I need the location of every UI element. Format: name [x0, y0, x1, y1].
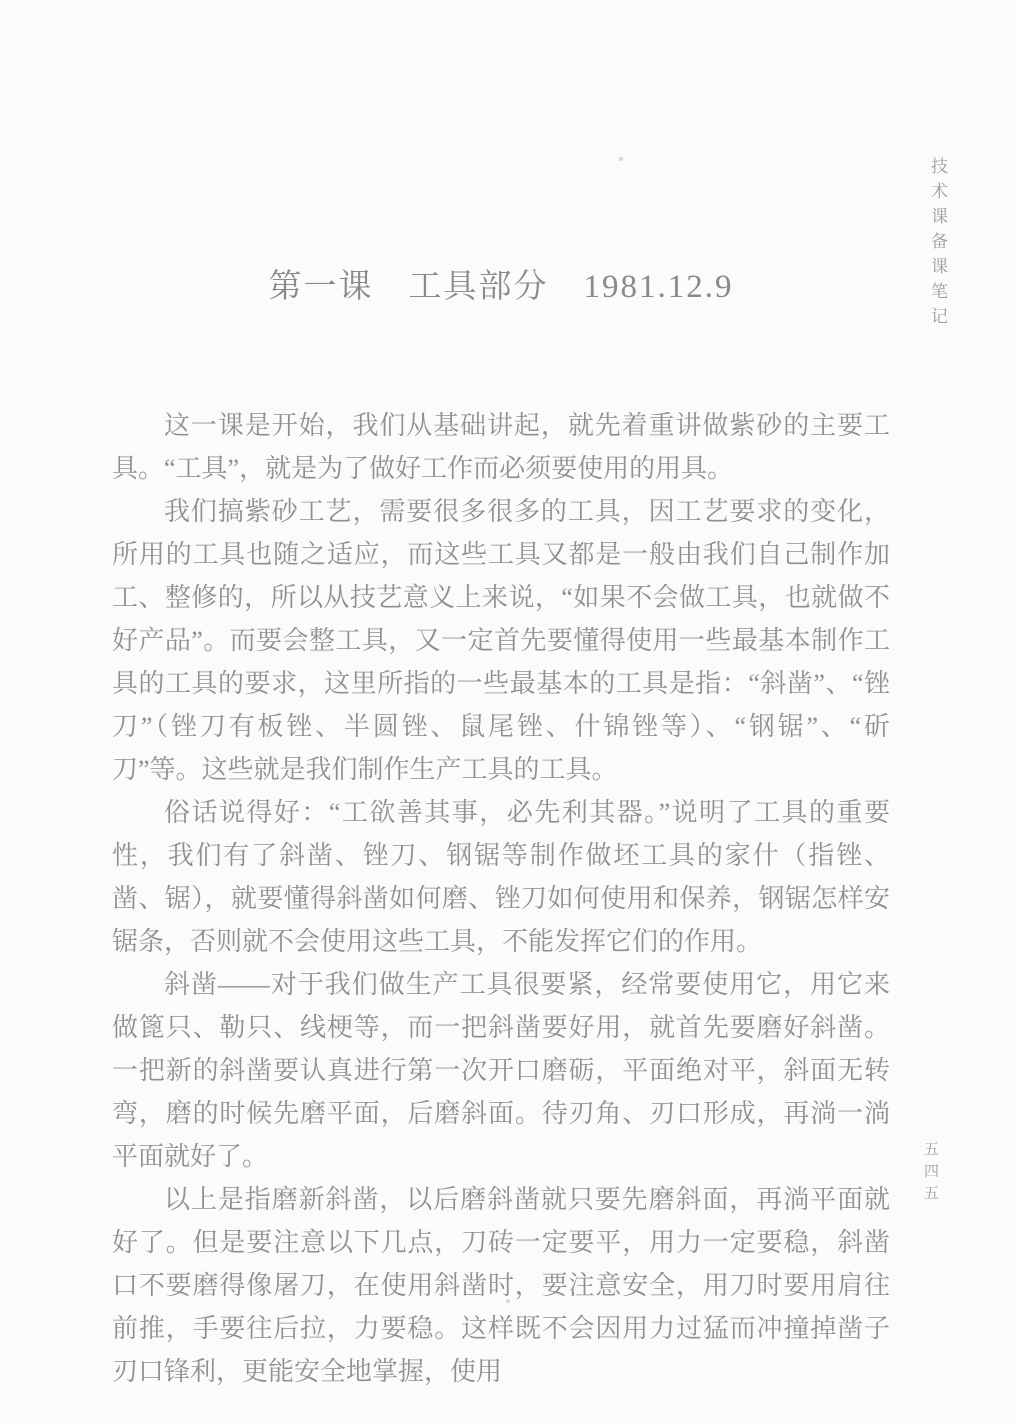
paragraph: 俗话说得好：“工欲善其事，必先利其器。”说明了工具的重要性，我们有了斜凿、锉刀、… [112, 791, 890, 963]
scanned-book-page: 技术课备课笔记 第一课 工具部分 1981.12.9 这一课是开始，我们从基础讲… [0, 0, 1016, 1424]
paragraph: 斜凿——对于我们做生产工具很要紧，经常要使用它，用它来做篦只、勒只、线梗等，而一… [112, 963, 890, 1178]
scan-speck [506, 1299, 510, 1303]
paragraph: 我们搞紫砂工艺，需要很多很多的工具，因工艺要求的变化，所用的工具也随之适应，而这… [112, 490, 890, 791]
page-title: 第一课 工具部分 1981.12.9 [112, 260, 890, 307]
side-vertical-label: 技术课备课笔记 [925, 157, 950, 332]
page-number-vertical: 五四五 [920, 1141, 941, 1207]
body-text: 这一课是开始，我们从基础讲起，就先着重讲做紫砂的主要工具。“工具”，就是为了做好… [112, 404, 890, 1393]
paragraph: 这一课是开始，我们从基础讲起，就先着重讲做紫砂的主要工具。“工具”，就是为了做好… [112, 404, 890, 490]
scan-speck [619, 157, 623, 161]
paragraph: 以上是指磨新斜凿，以后磨斜凿就只要先磨斜面，再淌平面就好了。但是要注意以下几点，… [112, 1178, 890, 1393]
